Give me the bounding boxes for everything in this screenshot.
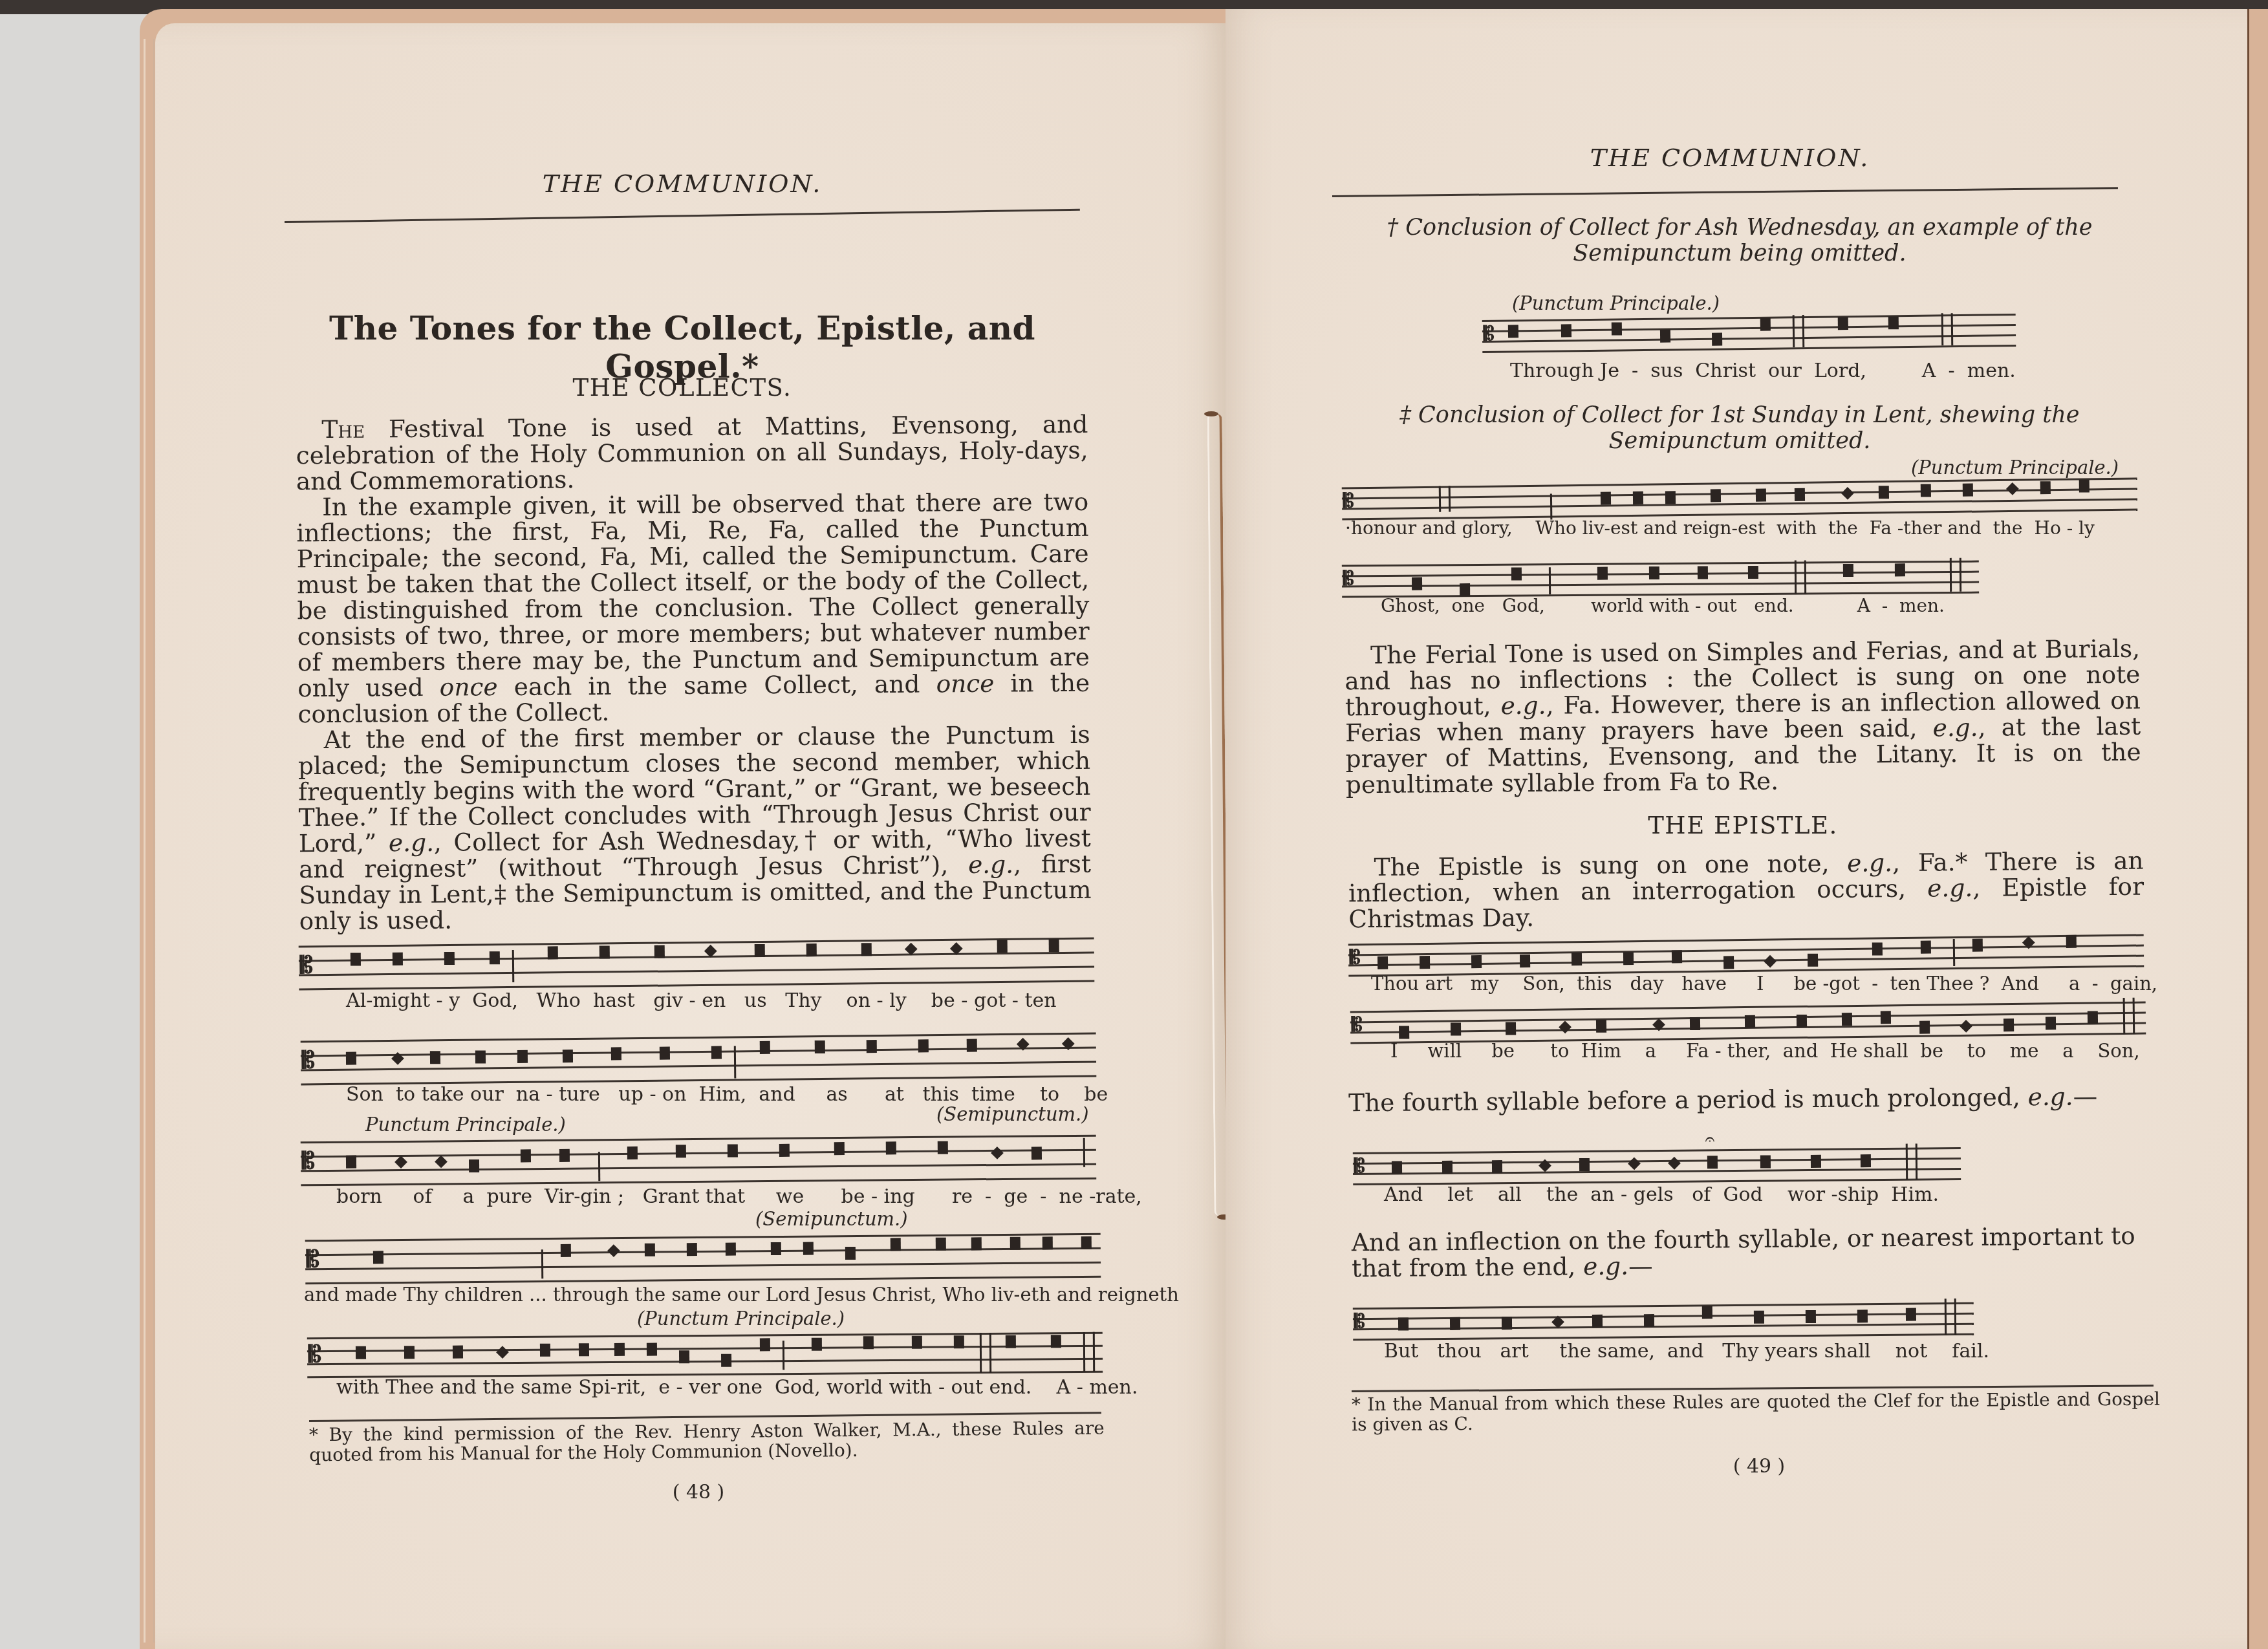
chant-staff-3: 𝄡 (301, 1135, 1097, 1187)
right-running-head: THE COMMUNION. (1332, 144, 2128, 172)
caption-semipunctum: (Semipunctum.) (936, 1103, 1089, 1125)
text: And an inflection on the fourth syllable… (1352, 1222, 2135, 1283)
chant-lyrics-3: born of a pure Vir-gin ; Grant that we b… (336, 1185, 1142, 1208)
ash-wednesday-heading: † Conclusion of Collect for Ash Wednesda… (1384, 215, 2095, 266)
left-footnote: * By the kind permission of the Rev. Hen… (309, 1418, 1105, 1465)
epistle-paragraph: The Epistle is sung on one note, e.g., F… (1348, 848, 2144, 932)
c-clef-icon: 𝄡 (1352, 1013, 1371, 1037)
text: — (1628, 1251, 1653, 1280)
c-clef-icon: 𝄡 (302, 1048, 321, 1072)
emphasis: e.g. (1583, 1252, 1628, 1281)
c-clef-icon: 𝄡 (308, 1342, 328, 1366)
chant-lyrics-1: Al-might - y God, Who hast giv - en us T… (346, 989, 1057, 1012)
c-clef-icon: 𝄡 (300, 953, 319, 976)
emphasis: e.g. (1932, 713, 1978, 742)
emphasis: e.g. (1847, 848, 1892, 878)
text: each in the same Collect, and (498, 669, 936, 701)
c-clef-icon: 𝄡 (1484, 323, 1503, 346)
drop-lead: The (321, 415, 365, 444)
chant-staff-2: 𝄡 (301, 1033, 1097, 1086)
epistle-lyrics-1: Thou art my Son, this day have I be -got… (1371, 973, 2157, 995)
chant-staff-5: 𝄡 (307, 1332, 1103, 1377)
binding-knot (1204, 411, 1218, 416)
ash-caption: (Punctum Principale.) (1512, 292, 1720, 314)
emphasis: e.g. (2027, 1083, 2073, 1112)
fermata-icon: 𝄐 (1705, 1130, 1715, 1150)
heading-line: † Conclusion of Collect for Ash Wednesda… (1384, 215, 2095, 241)
chant-staff-4: 𝄡 (305, 1233, 1101, 1286)
inflection-sentence: And an inflection on the fourth syllable… (1352, 1223, 2148, 1282)
chant-lyrics-2: Son to take our na - ture up - on Him, a… (346, 1083, 1108, 1106)
c-clef-icon: 𝄡 (307, 1247, 326, 1271)
prolonged-sentence: The fourth syllable before a period is m… (1348, 1083, 2144, 1116)
heading-line: ‡ Conclusion of Collect for 1st Sunday i… (1384, 402, 2095, 428)
ferial-paragraph: The Ferial Tone is used on Simples and F… (1345, 636, 2141, 798)
ash-lyrics: Through Je - sus Christ our Lord, A - me… (1510, 360, 2016, 382)
chant-lyrics-5: with Thee and the same Spi-rit, e - ver … (336, 1376, 1138, 1399)
lent-heading: ‡ Conclusion of Collect for 1st Sunday i… (1384, 402, 2095, 454)
c-clef-icon: 𝄡 (1354, 1155, 1374, 1178)
inflection-lyrics: But thou art the same, and Thy years sha… (1384, 1340, 1989, 1363)
left-running-head: THE COMMUNION. (285, 169, 1080, 198)
prolonged-staff: 𝄡 𝄐 (1353, 1147, 1961, 1185)
section-heading-epistle: THE EPISTLE. (1345, 812, 2141, 839)
section-heading-collects: THE COLLECTS. (285, 374, 1080, 402)
text: — (2073, 1082, 2097, 1110)
emphasis: once (936, 669, 994, 698)
caption-punctum-principale: Punctum Principale.) (365, 1114, 566, 1136)
caption-semipunctum-2: (Semipunctum.) (755, 1208, 908, 1230)
page-number-49: ( 49 ) (1694, 1455, 1824, 1478)
ash-wednesday-staff: 𝄡 (1482, 314, 2016, 352)
c-clef-icon: 𝄡 (1354, 1310, 1374, 1333)
text: The fourth syllable before a period is m… (1348, 1083, 2028, 1117)
emphasis: e.g. (968, 850, 1013, 879)
emphasis: e.g. (1500, 691, 1546, 720)
prolonged-lyrics: And let all the an - gels of God wor -sh… (1384, 1183, 1939, 1206)
lent-staff-2: 𝄡 (1342, 561, 1979, 598)
paragraph-punctum-placement: At the end of the first member or clause… (298, 722, 1092, 934)
caption-punctum-principale-2: (Punctum Principale.) (637, 1308, 845, 1330)
chant-lyrics-4: and made Thy children ... through the sa… (304, 1284, 1179, 1306)
inflection-staff: 𝄡 (1353, 1302, 1974, 1340)
emphasis: e.g. (1927, 874, 1972, 903)
emphasis: e.g. (389, 828, 434, 857)
page-edges (144, 39, 155, 1643)
paragraph-inflections: In the example given, it will be observe… (296, 489, 1090, 727)
c-clef-icon: 𝄡 (1343, 490, 1363, 513)
lent-lyrics-2: Ghost, one God, world with - out end. A … (1381, 595, 1945, 616)
emphasis: once (440, 673, 498, 702)
heading-line: Semipunctum being omitted. (1384, 241, 2095, 266)
heading-line: Semipunctum omitted. (1384, 428, 2095, 454)
c-clef-icon: 𝄡 (302, 1149, 321, 1172)
text: Festival Tone is used at Mattins, Evenso… (296, 410, 1088, 496)
epistle-lyrics-2: I will be to Him a Fa - ther, and He sha… (1390, 1040, 2140, 1062)
paragraph-festival-tone: The Festival Tone is used at Mattins, Ev… (296, 411, 1088, 495)
c-clef-icon: 𝄡 (1343, 567, 1363, 590)
chant-staff-1: 𝄡 (299, 938, 1095, 991)
right-footnote: * In the Manual from which these Rules a… (1352, 1389, 2160, 1435)
c-clef-icon: 𝄡 (1350, 946, 1369, 969)
collects-body: The Festival Tone is used at Mattins, Ev… (296, 411, 1092, 934)
lent-lyrics-1: ·honour and glory, Who liv-est and reign… (1345, 517, 2095, 539)
page-number-48: ( 48 ) (634, 1481, 763, 1503)
lent-caption: (Punctum Principale.) (1911, 457, 2119, 479)
